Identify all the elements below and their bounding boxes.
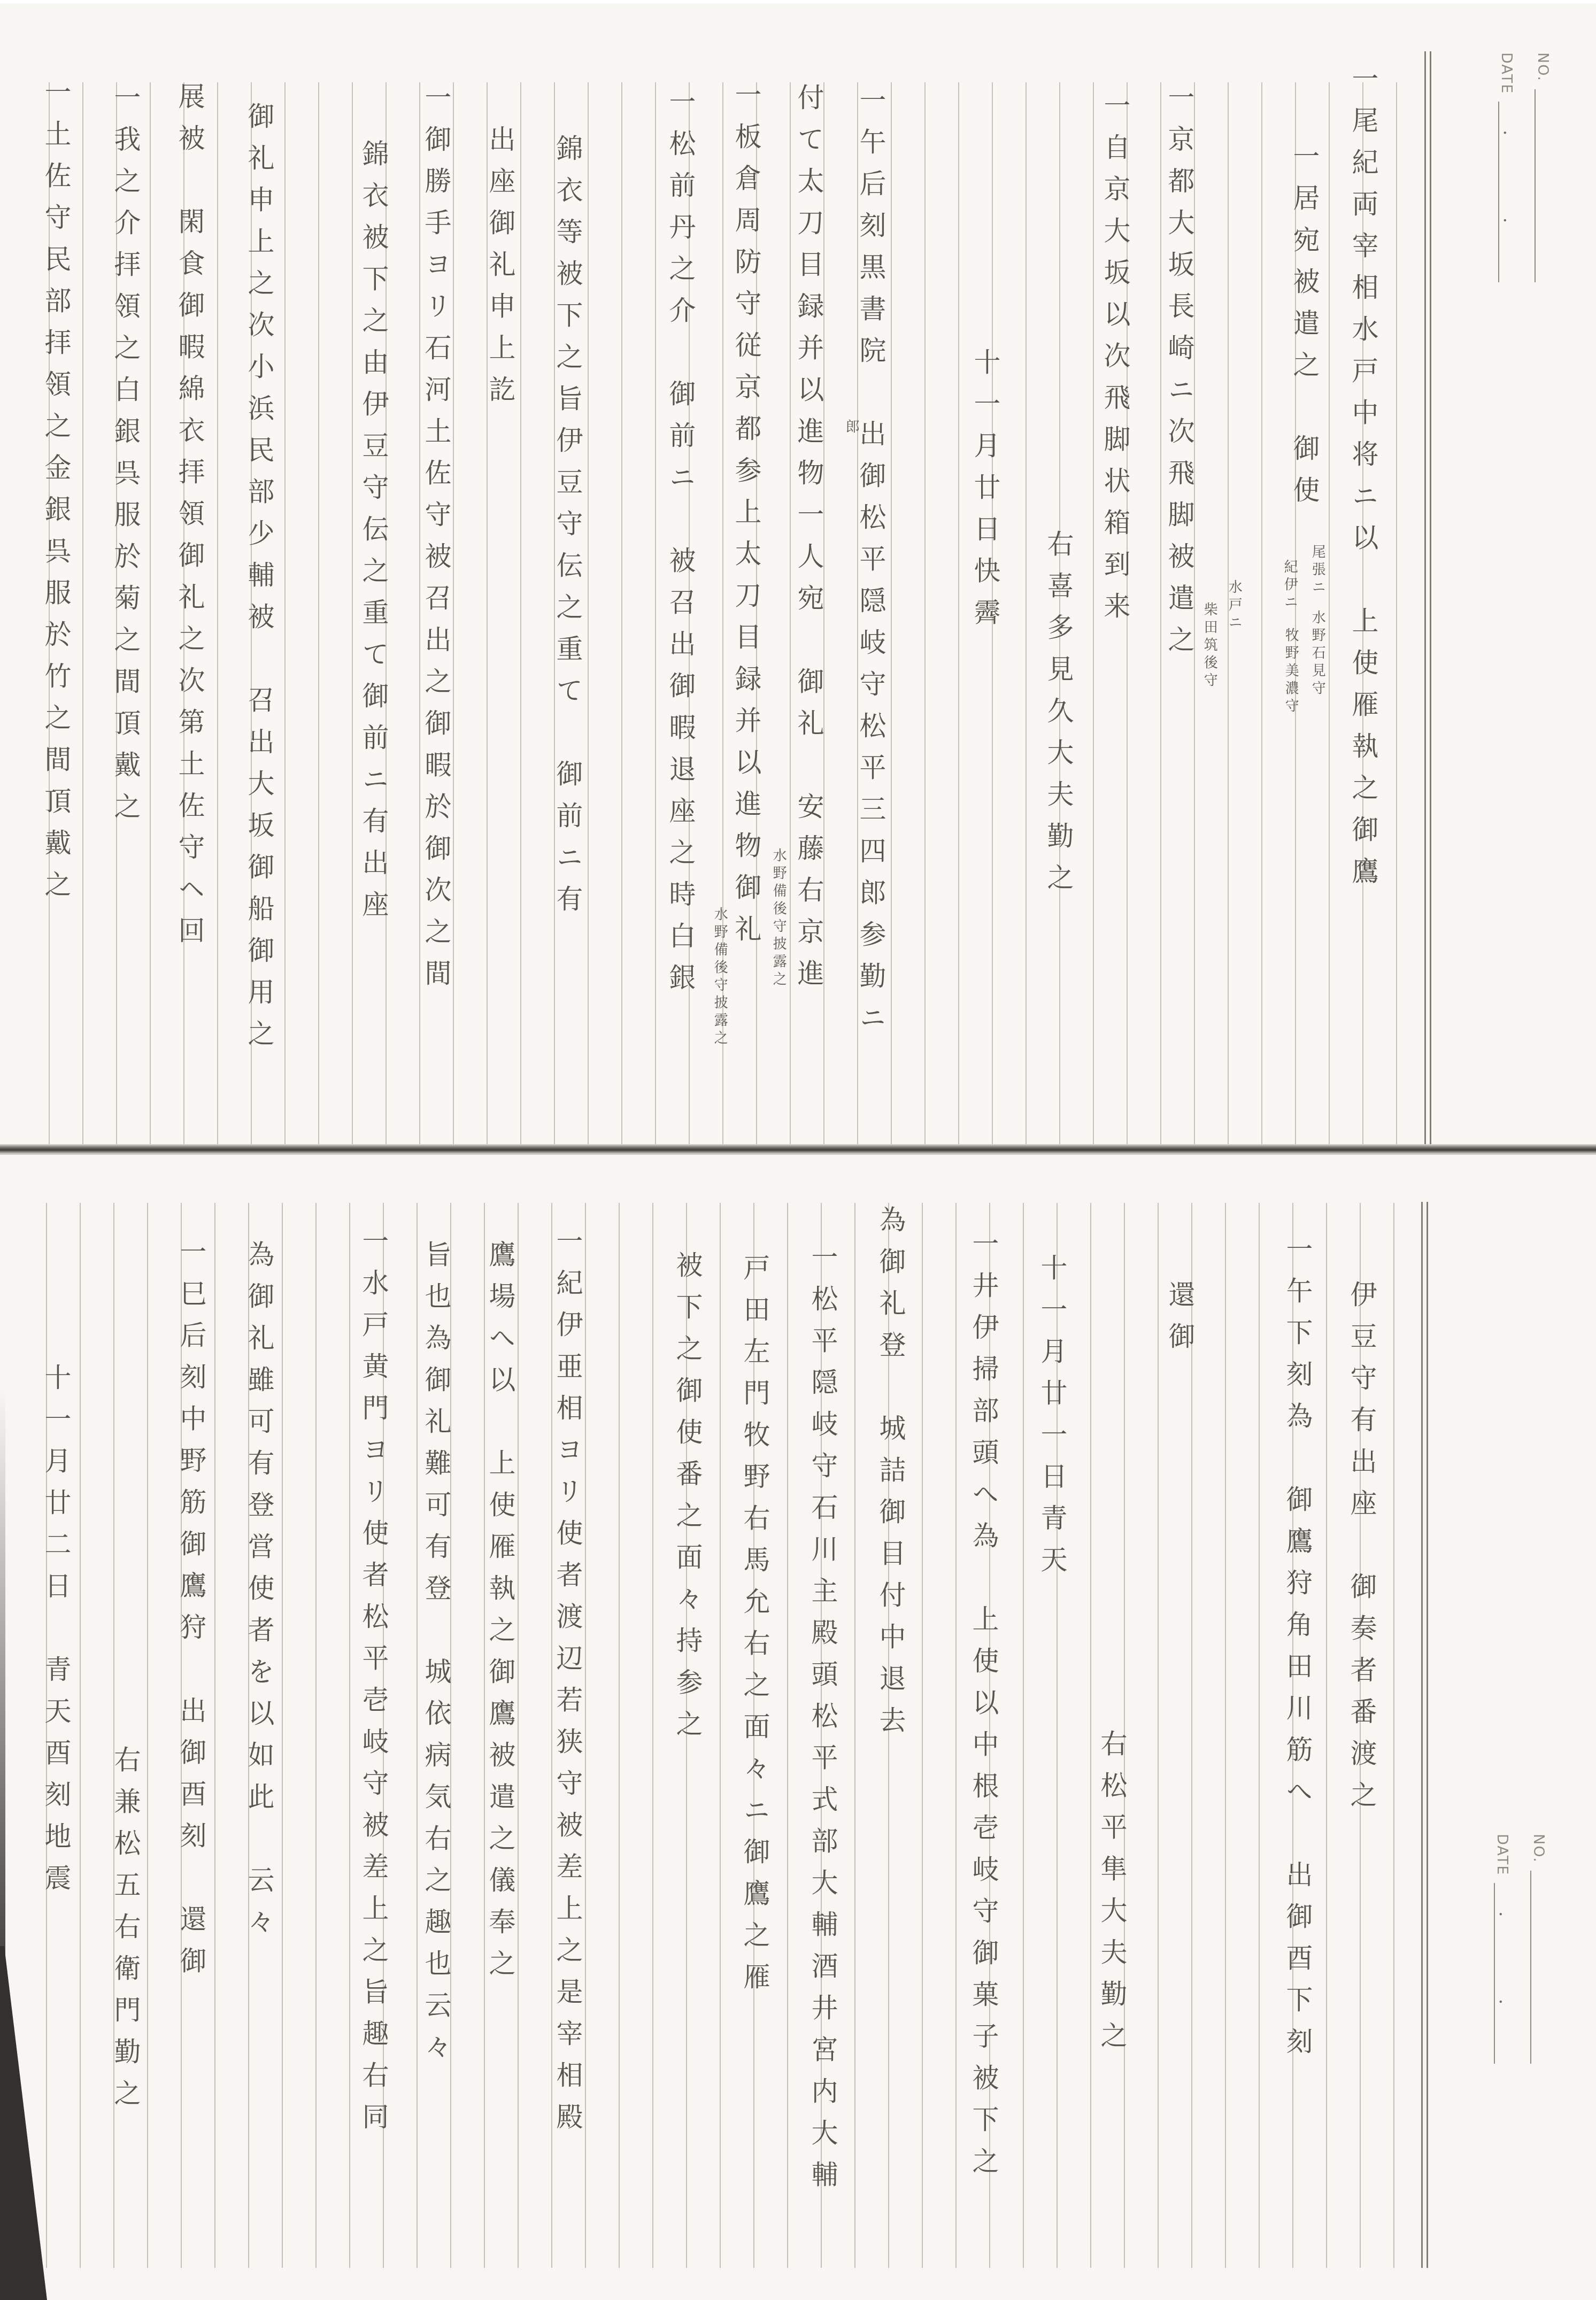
annotation-shibata-chikugo: 柴田筑後守	[1201, 602, 1217, 690]
column-p2-09: 戸田左門牧野右馬允右之面々ニ御鷹之雁	[739, 1254, 770, 2004]
column-p1-08: 付て太刀目録并以進物一人宛 御礼 安藤右京進	[793, 83, 824, 1001]
scan-edge-sliver	[0, 1390, 5, 1957]
column-p1-14: 錦衣被下之由伊豆守伝之重て御前ニ有出座	[358, 140, 389, 932]
column-p1-04: 一自京大坂以次飛脚状箱到来	[1099, 91, 1130, 634]
column-p2-06: 一井伊掃部頭へ為 上使以中根壱岐守御菓子被下之	[968, 1230, 999, 2189]
annotation-mito: 水戸ニ	[1225, 580, 1242, 632]
column-p2-16: 一巳后刻中野筋御鷹狩 出御酉刻 還御	[175, 1238, 206, 1988]
header-no-date-page2: NO. DATE ・ ・	[1494, 1834, 1547, 2064]
column-p2-05-date: 十一月廿一日青天	[1036, 1254, 1067, 1587]
column-p1-09: 一板倉周防守従京都参上太刀目録并以進物御礼	[730, 81, 761, 956]
column-p1-06-date: 十一月廿日快霽	[969, 348, 1000, 640]
column-p1-12: 出座御礼申上訖	[484, 125, 515, 417]
column-p1-01: 一尾紀両宰相水戸中将ニ以 上使雁執之御鷹	[1347, 65, 1378, 899]
date-label: DATE	[1498, 52, 1515, 94]
date-row: DATE ・ ・	[1494, 1834, 1511, 2064]
column-p1-15: 御礼申上之次小浜民部少輔被 召出大坂御船御用之	[243, 102, 274, 1061]
column-p1-13: 一御勝手ヨリ石河土佐守被召出之御暇於御次之間	[420, 83, 451, 1001]
column-p1-18: 一土佐守民部拝領之金銀呉服於竹之間頂戴之	[40, 78, 71, 912]
date-row: DATE ・ ・	[1498, 52, 1515, 282]
column-p2-11: 一紀伊亜相ヨリ使者渡辺若狭守被差上之是宰相殿	[552, 1227, 583, 2144]
document-scan: NO. DATE ・ ・ 一尾紀両宰相水戸中将ニ以 上使雁執之御鷹 一居宛被遣之…	[0, 0, 1596, 2300]
column-p2-17: 右兼松五右衛門勤之	[110, 1746, 141, 2121]
column-p2-14: 一水戸黄門ヨリ使者松平壱岐守被差上之旨趣右同	[358, 1227, 389, 2144]
column-p2-02: 一午下刻為 御鷹狩角田川筋へ 出御酉下刻	[1282, 1235, 1313, 2069]
margin-double-rule-page1	[1424, 51, 1431, 1144]
column-p2-10: 被下之御使番之面々持参之	[672, 1251, 703, 1751]
date-underline: ・ ・	[1498, 102, 1515, 282]
header-no-date-page1: NO. DATE ・ ・	[1498, 52, 1552, 282]
annotation-mizuno-bingo-1: 水野備後守披露之	[770, 848, 787, 989]
column-p2-07: 為御礼登 城詰御目付中退去	[875, 1206, 906, 1748]
margin-double-rule-page2	[1421, 1202, 1428, 2268]
page-2: NO. DATE ・ ・ 伊豆守有出座 御奏者番渡之 一午下刻為 御鷹狩角田川筋…	[0, 1155, 1596, 2300]
column-p1-05: 右喜多見久大夫勤之	[1043, 530, 1074, 905]
date-underline: ・ ・	[1494, 1883, 1511, 2064]
column-p1-03: 一京都大坂長崎ニ次飛脚被遣之	[1163, 83, 1194, 667]
column-p2-18-date: 十一月廿二日 青天酉刻地震	[40, 1363, 71, 1905]
column-p1-07: 一午后刻黒書院 出御松平隠岐守松平三四郎参勤ニ	[855, 86, 886, 1045]
column-p2-01: 伊豆守有出座 御奏者番渡之	[1346, 1280, 1377, 1823]
annotation-mizuno-iwami: 水野石見守	[1309, 610, 1325, 698]
column-p1-02: 一居宛被遣之 御使	[1289, 142, 1320, 518]
no-label: NO.	[1535, 52, 1551, 82]
column-p1-16: 展被 閑食御暇綿衣拝領御礼之次第土佐守ヘ回	[174, 82, 205, 958]
annotation-makino-mino: 牧野美濃守	[1282, 628, 1299, 716]
no-row: NO.	[1535, 52, 1552, 282]
annotation-ro-correction: 郎	[843, 419, 859, 437]
column-p1-11: 錦衣等被下之旨伊豆守伝之重て 御前ニ有	[552, 134, 583, 927]
column-p2-12: 鷹場へ以 上使雁執之御鷹被遣之儀奉之	[484, 1240, 515, 1991]
no-underline	[1535, 89, 1552, 282]
column-p2-13: 旨也為御礼難可有登 城依病気右之趣也云々	[420, 1240, 451, 2074]
column-p2-08: 一松平隠岐守石川主殿頭松平式部大輔酒井宮内大輔	[807, 1243, 838, 2202]
column-p2-15: 為御礼雖可有登営使者を以如此 云々	[243, 1240, 274, 1949]
column-p2-04: 右松平隼大夫勤之	[1096, 1730, 1127, 2063]
column-p1-17: 一我之介拝領之白銀呉服於菊之間頂戴之	[110, 83, 141, 834]
no-underline	[1530, 1871, 1547, 2064]
no-row: NO.	[1530, 1834, 1547, 2064]
annotation-mizuno-bingo-2: 水野備後守披露之	[711, 907, 728, 1048]
date-label: DATE	[1494, 1834, 1510, 1875]
page-1: NO. DATE ・ ・ 一尾紀両宰相水戸中将ニ以 上使雁執之御鷹 一居宛被遣之…	[0, 3, 1596, 1144]
annotation-kii: 紀伊ニ	[1281, 559, 1298, 612]
column-p2-03: 還御	[1164, 1280, 1195, 1364]
column-p1-10: 一松前丹之介 御前ニ 被召出御暇退座之時白銀	[665, 88, 696, 1005]
annotation-owari: 尾張ニ	[1309, 544, 1325, 597]
page-gap-shadow	[0, 1144, 1596, 1155]
no-label: NO.	[1530, 1834, 1547, 1863]
